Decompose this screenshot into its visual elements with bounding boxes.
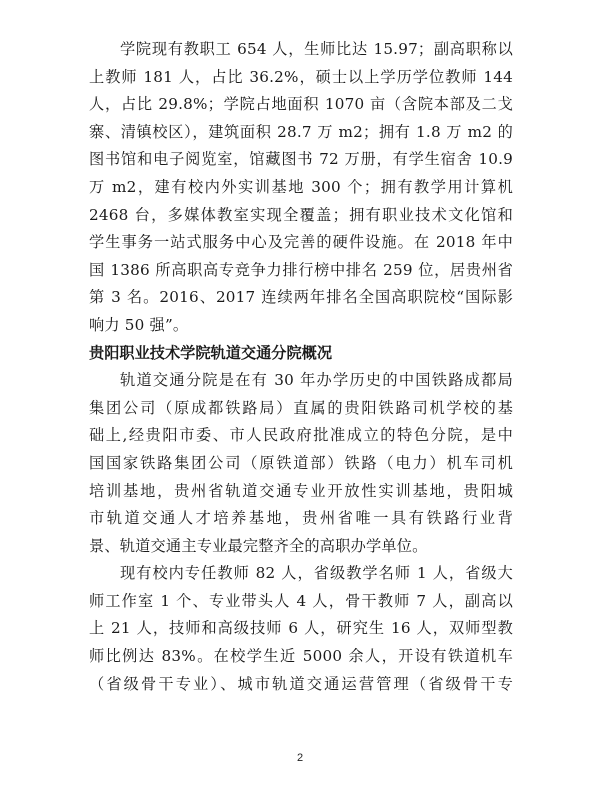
text-line: 图书馆和电子阅览室，馆藏图书 72 万册，有学生宿舍 10.9 xyxy=(89,146,513,174)
text-line: 础上,经贵阳市委、市人民政府批准成立的特色分院，是中 xyxy=(89,422,513,450)
text-line: 学院现有教职工 654 人，生师比达 15.97；副高职称以 xyxy=(89,36,513,64)
document-page: 学院现有教职工 654 人，生师比达 15.97；副高职称以 上教师 181 人… xyxy=(89,36,513,698)
page-number: 2 xyxy=(0,752,600,764)
text-line: 学生事务一站式服务中心及完善的硬件设施。在 2018 年中 xyxy=(89,229,513,257)
text-line: 寨、清镇校区），建筑面积 28.7 万 m2；拥有 1.8 万 m2 的 xyxy=(89,119,513,147)
text-line: 人，占比 29.8%；学院占地面积 1070 亩（含院本部及二戈 xyxy=(89,91,513,119)
paragraph-faculty-students: 现有校内专任教师 82 人，省级教学名师 1 人，省级大 师工作室 1 个、专业… xyxy=(89,560,513,698)
text-line: 轨道交通分院是在有 30 年办学历史的中国铁路成都局 xyxy=(89,367,513,395)
text-line: 第 3 名。2016、2017 连续两年排名全国高职院校“国际影 xyxy=(89,284,513,312)
paragraph-rail-transit-overview: 轨道交通分院是在有 30 年办学历史的中国铁路成都局 集团公司（原成都铁路局）直… xyxy=(89,367,513,560)
text-line: （省级骨干专业）、城市轨道交通运营管理（省级骨干专 xyxy=(89,671,513,699)
section-heading: 贵阳职业技术学院轨道交通分院概况 xyxy=(89,340,513,368)
paragraph-staff-facilities: 学院现有教职工 654 人，生师比达 15.97；副高职称以 上教师 181 人… xyxy=(89,36,513,340)
text-line: 景、轨道交通主专业最完整齐全的高职办学单位。 xyxy=(89,533,513,561)
text-line: 市轨道交通人才培养基地，贵州省唯一具有铁路行业背 xyxy=(89,505,513,533)
text-line: 上教师 181 人，占比 36.2%，硕士以上学历学位教师 144 xyxy=(89,64,513,92)
text-line: 师比例达 83%。在校学生近 5000 余人，开设有铁道机车 xyxy=(89,643,513,671)
text-line: 2468 台，多媒体教室实现全覆盖；拥有职业技术文化馆和 xyxy=(89,202,513,230)
text-line: 现有校内专任教师 82 人，省级教学名师 1 人，省级大 xyxy=(89,560,513,588)
text-line: 国国家铁路集团公司（原铁道部）铁路（电力）机车司机 xyxy=(89,450,513,478)
text-line: 万 m2，建有校内外实训基地 300 个；拥有教学用计算机 xyxy=(89,174,513,202)
text-line: 集团公司（原成都铁路局）直属的贵阳铁路司机学校的基 xyxy=(89,395,513,423)
text-line: 上 21 人，技师和高级技师 6 人，研究生 16 人，双师型教 xyxy=(89,615,513,643)
text-line: 师工作室 1 个、专业带头人 4 人，骨干教师 7 人，副高以 xyxy=(89,588,513,616)
text-line: 国 1386 所高职高专竞争力排行榜中排名 259 位，居贵州省 xyxy=(89,257,513,285)
text-line: 培训基地，贵州省轨道交通专业开放性实训基地，贵阳城 xyxy=(89,478,513,506)
text-line: 响力 50 强”。 xyxy=(89,312,513,340)
